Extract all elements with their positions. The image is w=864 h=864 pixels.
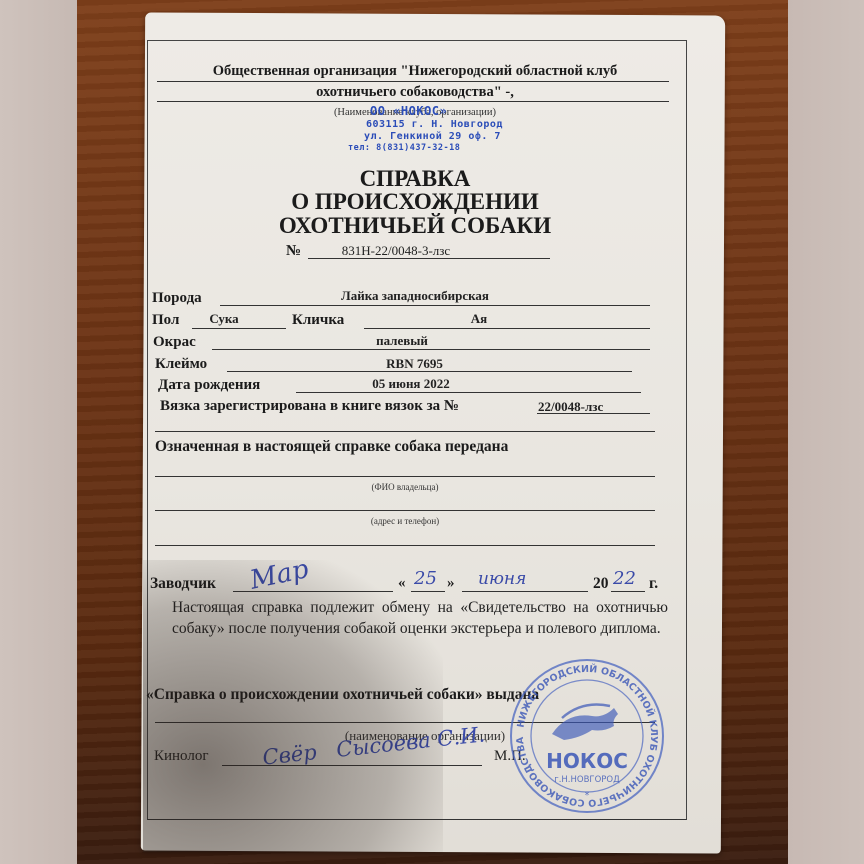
title-line-3: ОХОТНИЧЬЕЙ СОБАКИ <box>150 213 680 239</box>
name-underline <box>364 328 650 329</box>
svg-text:г.Н.НОВГОРОД: г.Н.НОВГОРОД <box>554 775 620 785</box>
address-hint: (адрес и телефон) <box>155 516 655 526</box>
club-address-stamp: ОО «НОКОС» 603115 г. Н. Новгород ул. Ген… <box>330 104 510 153</box>
sex-underline <box>192 328 286 329</box>
org-underline-1 <box>157 81 669 82</box>
date-close-quote: » <box>447 575 455 592</box>
sex-label: Пол <box>152 312 179 329</box>
seal-graphic-icon: НИЖЕГОРОДСКИЙ ОБЛАСТНОЙ КЛУБ ОХОТНИЧЬЕГО… <box>507 656 667 816</box>
owner-hint: (ФИО владельца) <box>155 482 655 492</box>
dob-value: 05 июня 2022 <box>296 376 526 392</box>
number-label: № <box>286 243 301 260</box>
stamp-line-3: ул. Генкиной 29 оф. 7 <box>364 131 510 142</box>
owner-name-line[interactable] <box>155 476 655 477</box>
date-year-unit: г. <box>649 575 658 593</box>
stamp-line-1: ОО «НОКОС» <box>370 104 510 118</box>
name-value: Ая <box>364 311 594 327</box>
brand-value: RBN 7695 <box>227 356 602 372</box>
date-month: июня <box>478 569 526 589</box>
round-club-seal: НИЖЕГОРОДСКИЙ ОБЛАСТНОЙ КЛУБ ОХОТНИЧЬЕГО… <box>507 656 667 816</box>
mating-value: 22/0048-лзс <box>538 399 603 415</box>
certificate-number: 831Н-22/0048-3-лзс <box>308 243 484 259</box>
date-year-prefix: 20 <box>593 575 609 593</box>
svg-text:*: * <box>585 791 590 801</box>
title-line-2: О ПРОИСХОЖДЕНИИ <box>150 189 680 215</box>
org-name-line2: охотничьего собаководства" -, <box>150 84 680 101</box>
name-label: Кличка <box>292 312 344 329</box>
cynologist-label: Кинолог <box>154 748 209 765</box>
issued-heading: «Справка о происхождении охотничьей соба… <box>146 686 539 704</box>
date-year-line <box>611 591 645 592</box>
mating-label: Вязка зарегистрирована в книге вязок за … <box>160 398 459 415</box>
org-underline-2 <box>157 101 669 102</box>
svg-text:НОКОС: НОКОС <box>546 749 628 773</box>
stamp-line-2: 603115 г. Н. Новгород <box>366 119 510 130</box>
date-day: 25 <box>414 568 437 589</box>
breed-value: Лайка западносибирская <box>220 288 610 304</box>
date-day-line <box>411 591 445 592</box>
mating-extra-underline <box>155 431 655 432</box>
color-label: Окрас <box>153 334 196 351</box>
breed-label: Порода <box>152 290 202 307</box>
owner-address-line[interactable] <box>155 510 655 511</box>
breeder-label: Заводчик <box>150 575 216 593</box>
color-underline <box>212 349 650 350</box>
transfer-heading: Означенная в настоящей справке собака пе… <box>155 438 508 456</box>
breed-underline <box>220 305 650 306</box>
date-year-suffix: 22 <box>613 568 636 589</box>
date-month-line <box>462 591 588 592</box>
svg-text:НИЖЕГОРОДСКИЙ ОБЛАСТНОЙ КЛУБ О: НИЖЕГОРОДСКИЙ ОБЛАСТНОЙ КЛУБ ОХОТНИЧЬЕГО… <box>515 663 659 808</box>
stamp-line-4: тел: 8(831)437-32-18 <box>348 143 510 153</box>
exchange-note: Настоящая справка подлежит обмену на «Св… <box>172 597 668 639</box>
owner-extra-line[interactable] <box>155 545 655 546</box>
background-wall-right <box>788 0 864 864</box>
date-open-quote: « <box>398 575 406 592</box>
color-value: палевый <box>212 333 592 349</box>
dob-underline <box>296 392 641 393</box>
background-wall-left <box>0 0 77 864</box>
dob-label: Дата рождения <box>158 377 260 394</box>
org-name-line1: Общественная организация "Нижегородский … <box>150 63 680 80</box>
sex-value: Сука <box>194 311 254 327</box>
cynologist-signature-line <box>222 765 482 766</box>
brand-label: Клеймо <box>155 356 207 373</box>
